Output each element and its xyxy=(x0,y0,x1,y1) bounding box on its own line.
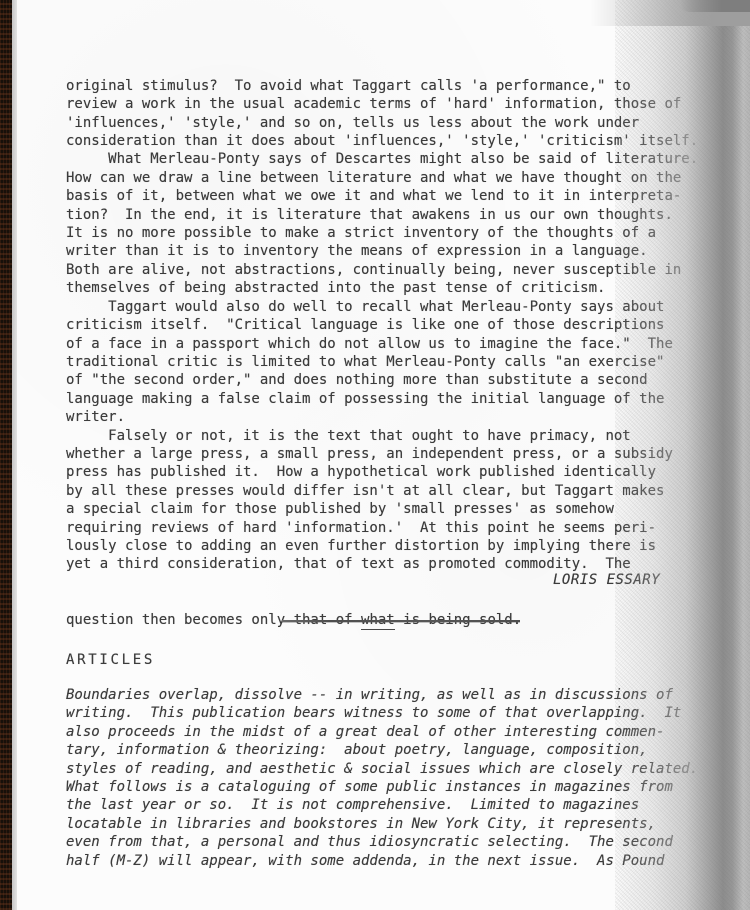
text-line: locatable in libraries and bookstores in… xyxy=(66,815,698,833)
text-line: writer. xyxy=(66,408,698,426)
text-line: tary, information & theorizing: about po… xyxy=(66,741,698,759)
scan-top-right-shadow xyxy=(590,0,750,26)
text-line: 'influences,' 'style,' and so on, tells … xyxy=(66,114,698,132)
text-line: also proceeds in the midst of a great de… xyxy=(66,723,698,741)
scan-left-black-edge xyxy=(0,0,12,910)
text-line: consideration than it does about 'influe… xyxy=(66,132,698,150)
text-line: What Merleau-Ponty says of Descartes mig… xyxy=(66,150,698,168)
articles-section-heading: ARTICLES xyxy=(66,652,155,668)
text-line: basis of it, between what we owe it and … xyxy=(66,187,698,205)
text-line: Boundaries overlap, dissolve -- in writi… xyxy=(66,686,698,704)
author-signature: LORIS ESSARY xyxy=(553,572,660,588)
text-line: tion? In the end, it is literature that … xyxy=(66,206,698,224)
text-line: by all these presses would differ isn't … xyxy=(66,482,698,500)
text-line: original stimulus? To avoid what Taggart… xyxy=(66,77,698,95)
text-line: half (M-Z) will appear, with some addend… xyxy=(66,852,698,870)
text-line: writer than it is to inventory the means… xyxy=(66,242,698,260)
text-line: of a face in a passport which do not all… xyxy=(66,335,698,353)
scan-left-gray-strip xyxy=(12,0,17,910)
text-line: What follows is a cataloguing of some pu… xyxy=(66,778,698,796)
text-line: even from that, a personal and thus idio… xyxy=(66,833,698,851)
text-line: criticism itself. "Critical language is … xyxy=(66,316,698,334)
text-line: traditional critic is limited to what Me… xyxy=(66,353,698,371)
text-line: How can we draw a line between literatur… xyxy=(66,169,698,187)
text-line: Taggart would also do well to recall wha… xyxy=(66,298,698,316)
text-line: whether a large press, a small press, an… xyxy=(66,445,698,463)
section-divider-rule xyxy=(282,620,520,622)
text-line: Both are alive, not abstractions, contin… xyxy=(66,261,698,279)
text-line: the last year or so. It is not comprehen… xyxy=(66,796,698,814)
text-line: themselves of being abstracted into the … xyxy=(66,279,698,297)
text-line: review a work in the usual academic term… xyxy=(66,95,698,113)
text-line: lously close to adding an even further d… xyxy=(66,537,698,555)
text-line: It is no more possible to make a strict … xyxy=(66,224,698,242)
text-line: press has published it. How a hypothetic… xyxy=(66,463,698,481)
body-lines: original stimulus? To avoid what Taggart… xyxy=(66,77,698,574)
text-line: a special claim for those published by '… xyxy=(66,500,698,518)
editorial-intro-text: Boundaries overlap, dissolve -- in writi… xyxy=(66,686,698,870)
text-line: writing. This publication bears witness … xyxy=(66,704,698,722)
text-line: requiring reviews of hard 'information.'… xyxy=(66,519,698,537)
text-line: styles of reading, and aesthetic & socia… xyxy=(66,760,698,778)
text-line: Falsely or not, it is the text that ough… xyxy=(66,427,698,445)
text-line: of "the second order," and does nothing … xyxy=(66,371,698,389)
text-line: language making a false claim of possess… xyxy=(66,390,698,408)
scanned-document-page: original stimulus? To avoid what Taggart… xyxy=(0,0,750,910)
scan-top-right-corner-blob xyxy=(680,0,750,12)
